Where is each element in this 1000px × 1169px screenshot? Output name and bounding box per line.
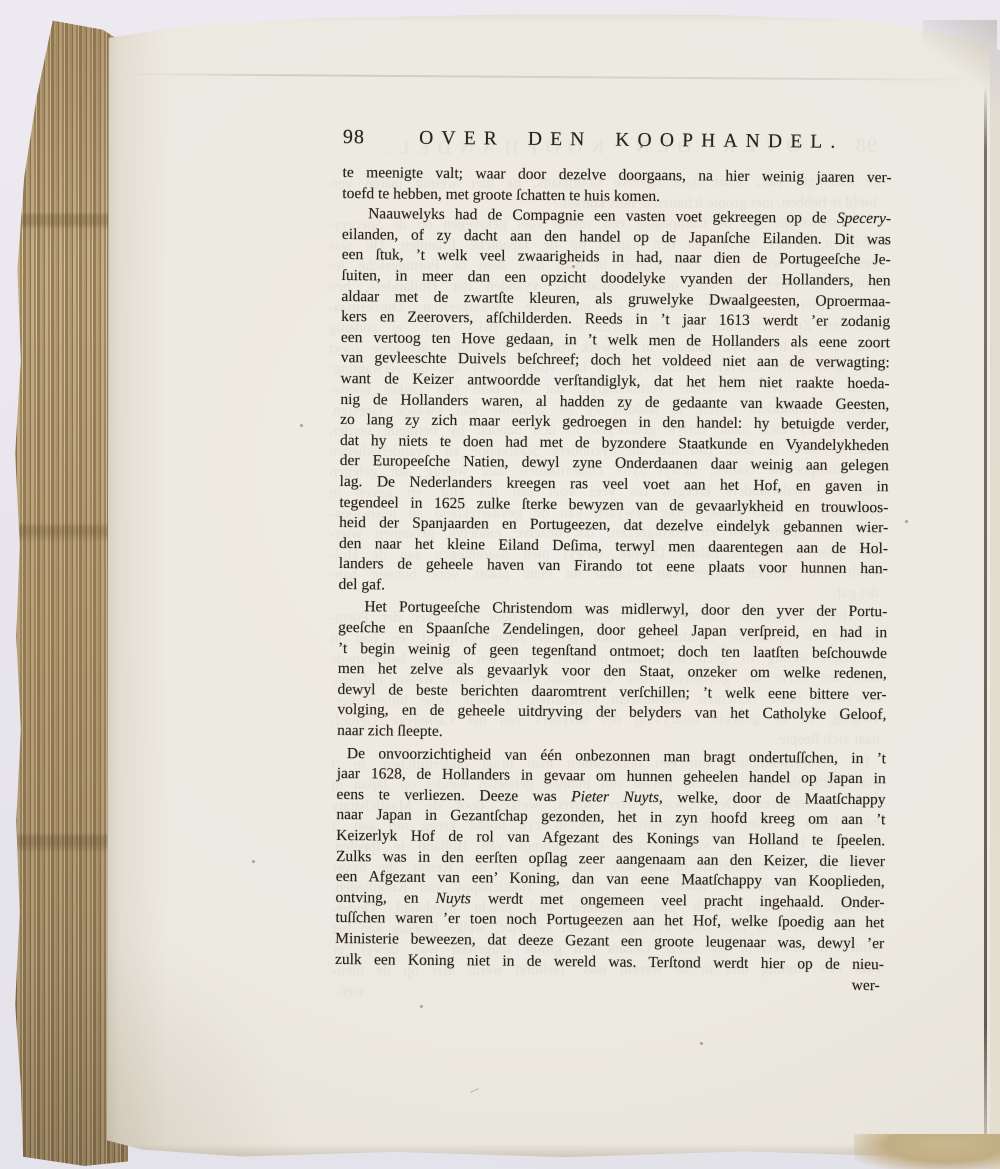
text-segment: den naar het kleine Eiland Deſima, terwy… (339, 535, 888, 557)
text-segment: ſuiten, in meer dan een opzicht doodelyk… (341, 267, 890, 289)
italic-text-segment: Specery- (837, 210, 891, 228)
text-segment: dat hy niets te doen had met de byzonder… (340, 432, 889, 454)
text-segment: geeſche en Spaanſche Zendelingen, door g… (338, 619, 887, 641)
text-segment: zulk een Koning niet in de wereld was. T… (335, 951, 884, 973)
paper-speck (700, 1042, 703, 1045)
printed-text-block: 98 OVER DEN KOOPHANDEL. te meenigte valt… (335, 126, 892, 997)
text-segment: Keizerlyk Hof de rol van Afgezant des Ko… (336, 827, 885, 849)
text-segment: nig de Hollanders waren, al hadden zy de… (340, 391, 889, 413)
text-segment: De onvoorzichtigheid van één onbezonnen … (347, 745, 886, 767)
text-segment: een vertoog ten Hove gedaan, in ’t welk … (341, 329, 890, 351)
page-number: 98 (343, 126, 365, 149)
text-segment: van gevleeschte Duivels beſchreef; doch … (341, 349, 890, 371)
text-segment: Het Portugeeſche Christendom was midlerw… (364, 599, 887, 621)
text-segment: volging, en de geheele uitdryving der be… (337, 701, 886, 723)
text-segment: eilanden, of zy dacht aan den handel op … (342, 226, 891, 248)
text-segment: eens te verliezen. Deeze was (337, 786, 572, 805)
text-segment: werdt met ongemeen veel pracht ingehaald… (471, 890, 885, 911)
text-segment: tegendeel in 1625 zulke ſterke bewyzen v… (339, 493, 888, 515)
text-segment: dewyl de beste berichten daaromtrent ver… (338, 681, 887, 703)
italic-text-segment: Nuyts (435, 890, 470, 907)
text-segment: tuſſchen waren ’er toen noch Portugeezen… (335, 909, 884, 931)
running-title: OVER DEN KOOPHANDEL. (371, 127, 892, 154)
text-segment: aldaar met de zwartſte kleuren, als gruw… (341, 288, 890, 310)
text-segment: naar zich ſleepte. (337, 722, 443, 740)
text-segment: ontving, en (336, 889, 436, 907)
photo-background: 98 OVER DEN KOOPHANDEL. te meenigte valt… (0, 0, 1000, 1169)
text-segment: kers en Zeerovers, afſchilderden. Reeds … (341, 308, 890, 330)
text-segment: zo lang zy zich maar eerlyk gedroegen in… (340, 411, 889, 433)
text-segment: Ministerie beweezen, dat deeze Gezant ee… (335, 930, 884, 952)
body-text: te meenigte valt; waar door dezelve door… (335, 163, 892, 975)
text-segment: , welke, door de Maatſchappy (659, 789, 886, 808)
running-header: 98 OVER DEN KOOPHANDEL. (343, 126, 892, 154)
paper-speck (252, 860, 255, 863)
text-segment: toefd te hebben, met groote ſchatten te … (342, 185, 660, 205)
text-segment: der Europeeſche Natien, dewyl zyne Onder… (340, 452, 889, 474)
paper-speck (420, 1005, 423, 1008)
text-segment: naar Japan in Gezantſchap gezonden, het … (336, 806, 885, 828)
text-segment: een Afgezant van een’ Koning, dan van ee… (336, 868, 885, 890)
text-segment: heid der Spanjaarden en Portugeezen, dat… (339, 514, 888, 536)
italic-text-segment: Pieter Nuyts (571, 788, 659, 806)
text-segment: want de Keizer antwoordde verſtandiglyk,… (340, 370, 889, 392)
text-segment: lag. De Nederlanders kreegen ras veel vo… (340, 473, 889, 495)
text-segment: Zulks was in den eerſten opſlag zeer aan… (336, 848, 885, 870)
text-segment: te meenigte valt; waar door dezelve door… (342, 164, 891, 186)
text-segment: een ſtuk, ’t welk veel zwaarigheids in h… (342, 246, 891, 268)
text-segment: ’t begin weinig of geen tegenſtand ontmo… (338, 640, 887, 662)
text-segment: Naauwelyks had de Compagnie een vasten v… (368, 205, 837, 226)
bottom-right-page-edge (854, 1134, 1000, 1169)
adjacent-page-strip (990, 50, 1000, 1169)
text-segment: jaar 1628, de Hollanders in gevaar om hu… (337, 765, 886, 787)
text-segment: men het zelve als gevaarlyk voor den Sta… (338, 660, 887, 682)
right-page-gutter-line (984, 86, 987, 1154)
text-segment: del gaf. (339, 576, 386, 593)
paper-speck (300, 424, 303, 427)
text-segment: landers de geheele haven van Firando tot… (339, 555, 888, 577)
paper-speck (905, 520, 908, 523)
